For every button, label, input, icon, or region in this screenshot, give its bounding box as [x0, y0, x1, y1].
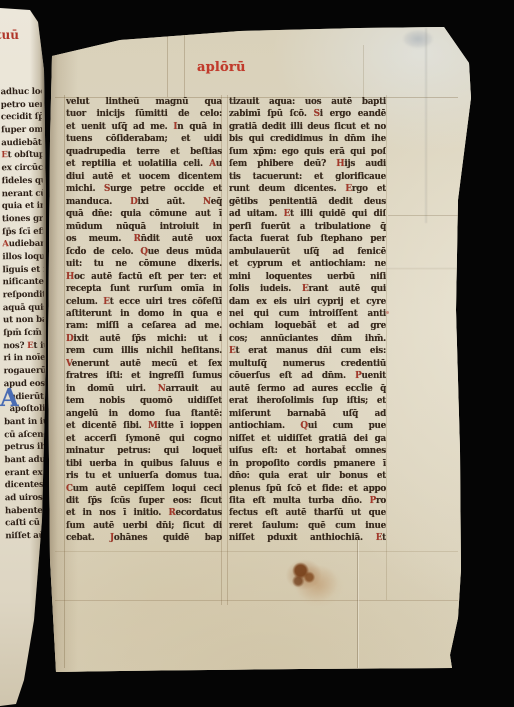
text-line: līguis et mag	[2, 263, 43, 276]
text-line: ambulauerūt uſq̄ ad fenicē	[229, 246, 386, 258]
text-line: facta fuerat ſub ſtephano per	[229, 233, 386, 245]
text-line: cōuerſus eſt ad dn̄m. Puenit	[229, 370, 386, 382]
ruling-line-horizontal	[55, 551, 458, 552]
text-line: ſolis iudeis. Erant autē qui	[229, 283, 386, 295]
text-line: autē ſermo ad aures eccl̄ie q̄	[229, 383, 386, 395]
text-line: Audiebant eni	[2, 238, 43, 251]
text-line: rem cum illis nichil heſitans.	[66, 345, 222, 357]
faint-pencil-mark	[403, 30, 433, 48]
text-line: niſſet et uidiſſet gratiā dei ga	[229, 433, 386, 445]
text-line: reret ſaulum: quē cum inue	[229, 520, 386, 532]
text-line: ſum xp̄m: ego quis erā qui poſ	[229, 146, 386, 158]
text-line: reſpondit petrus	[3, 289, 44, 302]
ruling-line-vertical	[64, 95, 65, 668]
text-line: gratiā dedit illi deus ſicut et no	[229, 121, 386, 133]
text-line: tuor inicijs ſūmitti de celo:	[66, 108, 222, 120]
text-line: ri in noīe dn̄i ih	[3, 352, 44, 365]
text-line: Dixit autē ſp̄s michi: ut i	[66, 333, 222, 345]
text-line: in propoſito cordis pmanere ī	[229, 458, 386, 470]
text-line: quia et in na	[2, 200, 43, 213]
text-line: multuſq̄ numerus credentiū	[229, 358, 386, 370]
ruling-line-vertical	[227, 95, 228, 605]
text-line: perſi fuerūt a tribulatione q̄	[229, 221, 386, 233]
text-line: cū aſcendiſſet	[4, 428, 45, 441]
facing-running-title-fragment: tuū	[0, 28, 19, 42]
text-line: plenus ſpū ſcō et fide: et appo	[229, 483, 386, 495]
text-line: cecidit ſp̄s ſc̄s	[1, 111, 42, 124]
text-line: in domū uiri. Narrauit au	[66, 383, 222, 395]
running-title: aplōrū	[197, 60, 246, 75]
text-line: petro uerba h	[1, 98, 42, 111]
text-line: ochiam loquebāt̄ et ad gre	[229, 320, 386, 332]
text-line: uit: tu ne cōmune dixeris.	[66, 258, 222, 270]
text-line: cebat. Johānes quidē bap	[66, 532, 222, 544]
text-column-1: velut lintheū magnū quatuor inicijs ſūmi…	[66, 96, 222, 546]
manuscript-page: aplōrū velut lintheū magnū quatuor inici…	[48, 27, 472, 672]
text-line: Cum autē cepiſſem loqui ceci	[66, 483, 222, 495]
text-line: miſerunt barnabā uſq̄ ad	[229, 408, 386, 420]
ruling-line-header	[184, 30, 185, 97]
text-line: tizauit aqua: uos autē bapti	[229, 96, 386, 108]
text-line: antiochiam. Qui cum pue	[229, 420, 386, 432]
text-line: Venerunt autē mecū et ſex	[66, 358, 222, 370]
ruling-line-horizontal	[55, 600, 458, 601]
photo-black-background: tuū adhuc loquētepetro uerba hcecidit ſp…	[0, 0, 514, 707]
parchment-crease	[425, 28, 427, 223]
text-line: ſem phibere deū? Hijs audi	[229, 158, 386, 170]
text-line: mūdum nūquā introiuit in	[66, 221, 222, 233]
text-line: tiones gratia	[2, 213, 43, 226]
text-line: et dicentē ſibi. Mitte ī ioppen	[66, 420, 222, 432]
text-line: niſſet aūt petrus	[5, 530, 46, 543]
text-line: fideles qui ue	[2, 175, 43, 188]
text-line: ut non baptiz	[3, 314, 44, 327]
text-line: minatur petrus: qui loquet̄	[66, 445, 222, 457]
text-line: quā dn̄e: quia cōmune aut ī	[66, 208, 222, 220]
text-line: erant ex circū	[5, 466, 46, 479]
ink-stain	[279, 549, 350, 613]
text-line: petrus ihero	[4, 441, 45, 454]
text-line: ſum autē uerbi dn̄i; ſicut di	[66, 520, 222, 532]
text-line: ex circūciſione	[1, 162, 42, 175]
text-line: bant aduerſus	[4, 454, 45, 467]
text-line: recepta ſunt rurſum omīa in	[66, 283, 222, 295]
text-line: aquā quis phi	[3, 301, 44, 314]
text-line: et uenit uſq̄ ad me. In quā in	[66, 121, 222, 133]
text-line: michi. Surge petre occide et	[66, 183, 222, 195]
facing-text-sliver: adhuc loquētepetro uerba hcecidit ſp̄s ſ…	[1, 86, 47, 548]
text-line: mini loquentes uerbū niſi	[229, 271, 386, 283]
text-line: erat iheroſolimis ſup iſtis; et	[229, 395, 386, 407]
text-line: gētibs penitentiā dedit deus	[229, 196, 386, 208]
text-line: nos? Et iuſſit	[3, 340, 44, 353]
parchment-crease	[388, 215, 458, 216]
text-line: illos loquentes	[2, 251, 43, 264]
text-line: niſſet pduxit anthiochiā. Et	[229, 532, 386, 544]
text-line: fratres iſti: et ingreſſi ſumus	[66, 370, 222, 382]
chapter-initial-blue: A	[0, 386, 19, 410]
text-line: velut lintheū magnū qua	[66, 96, 222, 108]
text-line: et reptilia et uolatilia celi. Au	[66, 158, 222, 170]
text-line: angelū in domo ſua ſtantē:	[66, 408, 222, 420]
text-line: cos; annūciantes dn̄m ihm̄.	[229, 333, 386, 345]
text-line: habentes: et m	[5, 504, 46, 517]
text-line: fectus eſt autē tharſū ut que	[229, 507, 386, 519]
text-line: ris tu et uniuerſa domus tua.	[66, 470, 222, 482]
text-line: Et obſtupuerūt	[1, 149, 42, 162]
ruling-line-vertical	[386, 95, 387, 600]
text-line: os meum. Rn̄dit autē uox	[66, 233, 222, 245]
text-line: Et erat manus dn̄i cum eis:	[229, 345, 386, 357]
text-line: caſti cū illis. In	[5, 517, 46, 530]
text-line: bis qui credidimus in dn̄m ihe	[229, 133, 386, 145]
text-line: zabimī ſpū ſcō. Si ergo eandē	[229, 108, 386, 120]
text-line: manduca. Dixi aūt. Neq̄	[66, 196, 222, 208]
text-line: tis tacuerunt: et glorificaue	[229, 171, 386, 183]
text-line: ſpm̄ ſcm̄ accepe	[3, 327, 44, 340]
facing-page-edge: tuū adhuc loquētepetro uerba hcecidit ſp…	[0, 0, 48, 707]
text-line: tuens cōſiderabam; et uidi	[66, 133, 222, 145]
text-line: diui autē et uocem dicentem	[66, 171, 222, 183]
parchment-crease	[357, 540, 358, 668]
text-line: ſcd̄o de celo. Que deus mūda	[66, 246, 222, 258]
text-line: rogauerūt eū	[4, 365, 45, 378]
text-line: adhuc loquēte	[1, 86, 42, 99]
text-line: dit ſp̄s ſcūs ſuper eos: ſicut	[66, 495, 222, 507]
text-line: et accerſi ſymonē qui cogno	[66, 433, 222, 445]
text-line: dn̄o: quia erat uir bonus et	[229, 470, 386, 482]
text-line: nerant cū petro	[2, 187, 43, 200]
ruling-line-header	[363, 45, 364, 97]
parchment-crease	[378, 267, 458, 269]
text-line: ram: miſſi a ceſarea ad me.	[66, 320, 222, 332]
text-line: runt deum dicentes. Ergo et	[229, 183, 386, 195]
text-line: ſita eſt multa turba dn̄o. Pro	[229, 495, 386, 507]
text-line: dam ex eis uiri cyprij et cyre	[229, 296, 386, 308]
text-line: Hoc autē factū eſt per ter: et	[66, 271, 222, 283]
text-line: quadrupedia terre et beſtias	[66, 146, 222, 158]
text-line: ad uiros ppu	[5, 492, 46, 505]
text-line: tem nobis quomō uidiſſet	[66, 395, 222, 407]
text-column-2: tizauit aqua: uos autē baptizabimī ſpū ſ…	[229, 96, 386, 546]
text-line: dicentes. Qua	[5, 479, 46, 492]
text-line: celum. Et ecce uiri tres cōfeſtī	[66, 296, 222, 308]
text-line: et cyprum et antiochiam: ne	[229, 258, 386, 270]
ruling-line-header	[167, 30, 168, 97]
text-line: tibi uerba in quibus ſaluus e	[66, 458, 222, 470]
text-line: ſp̄s ſcī effuſa ē	[2, 225, 43, 238]
text-line: ſuper omnes q̄	[1, 124, 42, 137]
text-line: audiebāt uerbū	[1, 137, 42, 150]
text-line: nei qui cum introiſſent anti	[229, 308, 386, 320]
red-speck	[386, 311, 389, 314]
text-line: et in nos ī initio. Recordatus	[66, 507, 222, 519]
text-line: uiſus eſt: et hortabat̄ omnes	[229, 445, 386, 457]
text-line: ad uitam. Et illi quidē qui diſ	[229, 208, 386, 220]
text-line: bant in iudea:	[4, 416, 45, 429]
text-line: aſtiterunt in domo in qua e	[66, 308, 222, 320]
text-line: nificantes deū	[3, 276, 44, 289]
